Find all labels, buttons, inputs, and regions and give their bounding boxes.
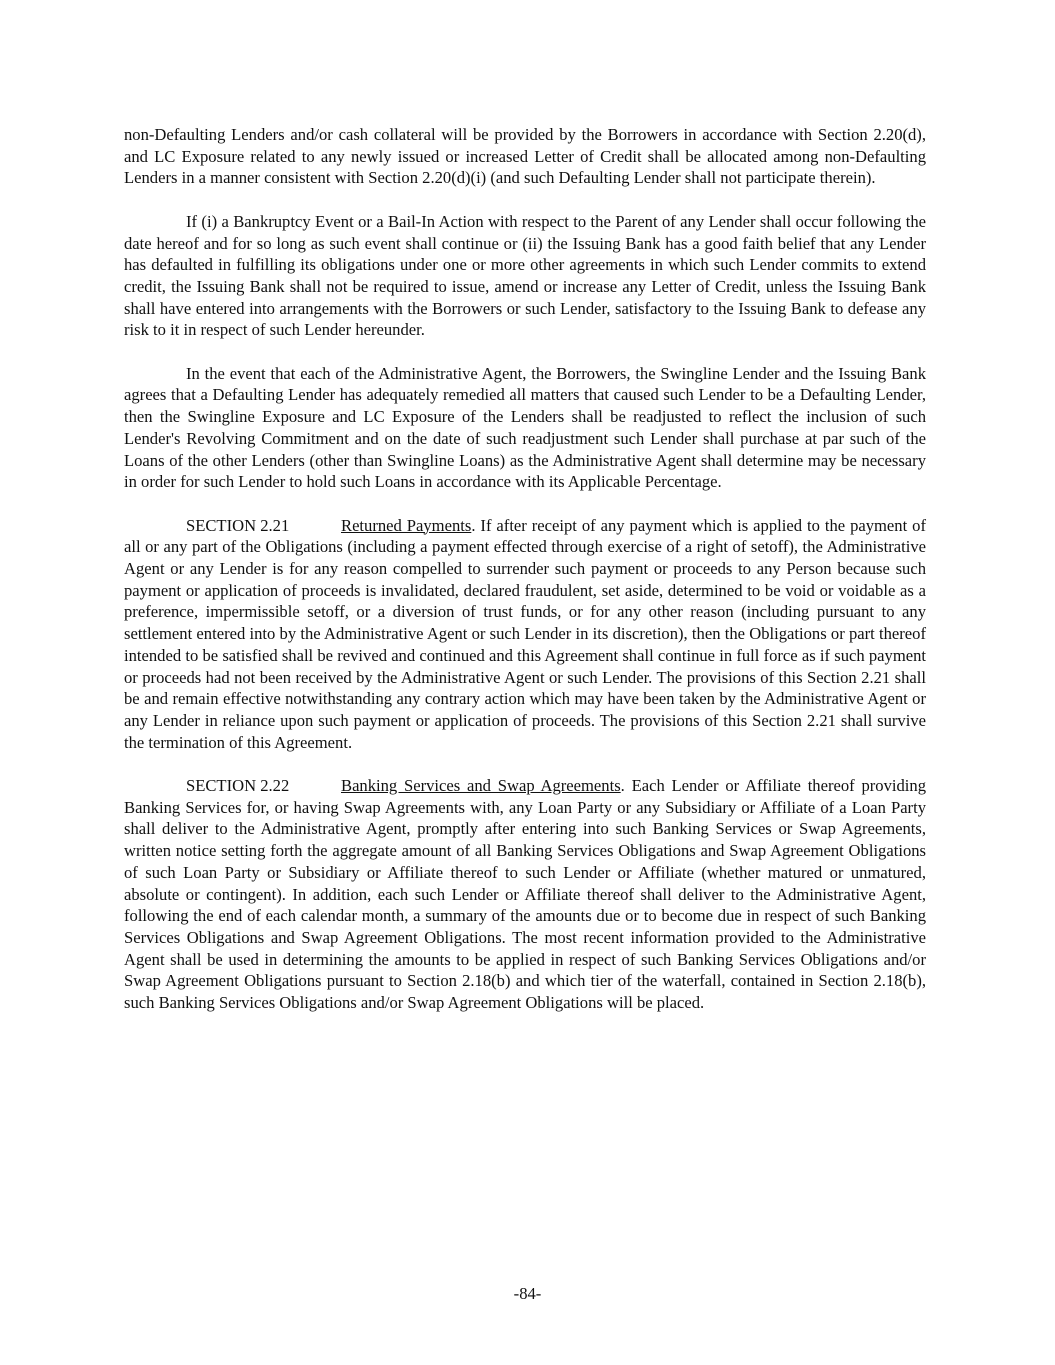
section-title: Returned Payments (341, 516, 471, 535)
paragraph-issuing-bank: If (i) a Bankruptcy Event or a Bail-In A… (124, 211, 926, 341)
paragraph-remedied-defaulting-lender: In the event that each of the Administra… (124, 363, 926, 493)
section-number: SECTION 2.21 (186, 515, 341, 537)
section-2-22: SECTION 2.22Banking Services and Swap Ag… (124, 775, 926, 1014)
section-body: . If after receipt of any payment which … (124, 516, 926, 752)
page-number: -84- (0, 1284, 1055, 1304)
paragraph-continuation: non-Defaulting Lenders and/or cash colla… (124, 124, 926, 189)
section-title: Banking Services and Swap Agreements (341, 776, 621, 795)
section-body: . Each Lender or Affiliate thereof provi… (124, 776, 926, 1012)
document-page: non-Defaulting Lenders and/or cash colla… (124, 124, 926, 1035)
section-2-21: SECTION 2.21Returned Payments. If after … (124, 515, 926, 754)
section-number: SECTION 2.22 (186, 775, 341, 797)
